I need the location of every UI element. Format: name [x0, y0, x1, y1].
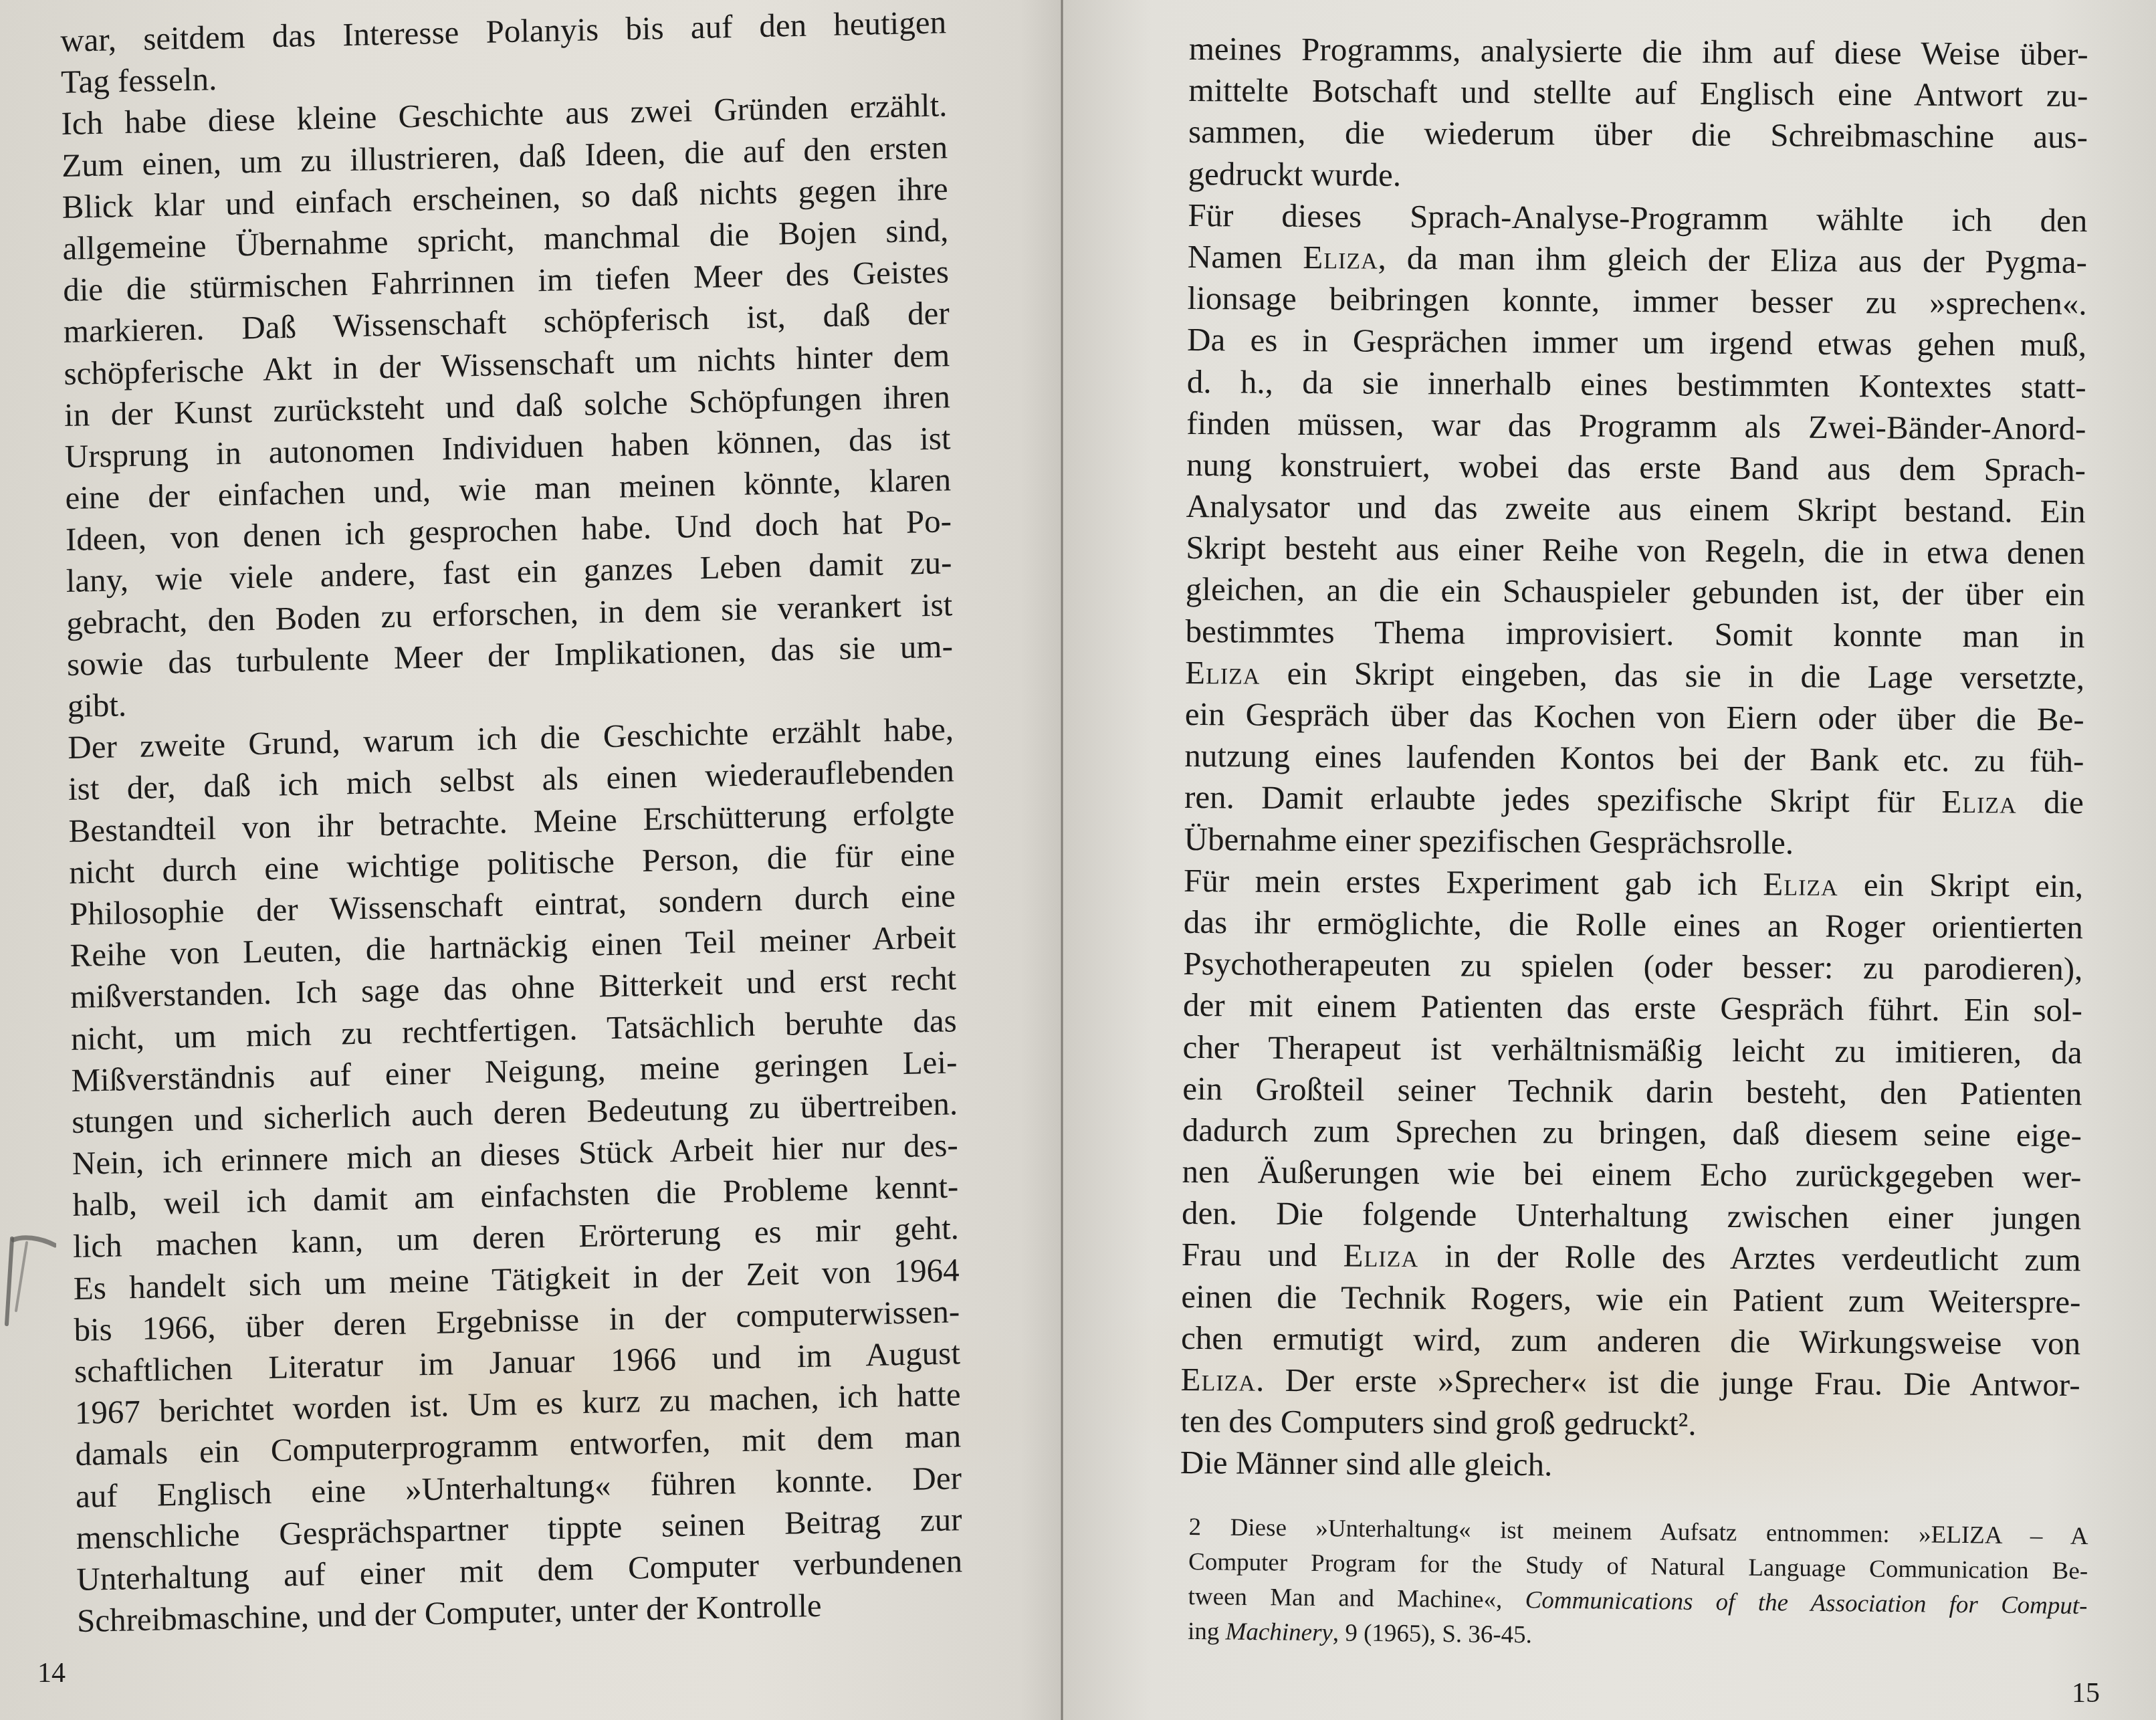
- text-line: finden müssen, war das Programm als Zwei…: [1186, 403, 2086, 449]
- text-line: ren. Damit erlaubte jedes spezifische Sk…: [1184, 776, 2084, 823]
- text-line: nen Äußerungen wie bei einem Echo zurück…: [1182, 1151, 2081, 1198]
- text-line: ein Gespräch über das Kochen von Eiern o…: [1185, 693, 2084, 740]
- text-line: Frau und Eliza in der Rolle des Arztes v…: [1182, 1234, 2081, 1281]
- text-line: mittelte Botschaft und stellte auf Engli…: [1188, 70, 2088, 116]
- text-line: chen ermutigt wird, zum anderen die Wirk…: [1181, 1317, 2080, 1364]
- text-line: dadurch zum Sprechen zu bringen, daß die…: [1182, 1109, 2082, 1156]
- text-line: das ihr ermöglichte, die Rolle eines an …: [1184, 901, 2083, 948]
- text-line: ein Großteil seiner Technik darin besteh…: [1182, 1068, 2082, 1115]
- text-line: Für dieses Sprach-Analyse-Programm wählt…: [1188, 195, 2087, 241]
- text-line: Übernahme einer spezifischen Gesprächsro…: [1184, 819, 2083, 865]
- text-line: gedruckt wurde.: [1188, 153, 2087, 200]
- pencil-margin-mark-icon: [3, 1230, 56, 1331]
- eliza-smallcaps: Eliza: [1343, 1237, 1419, 1275]
- page-number-left: 14: [37, 1657, 66, 1689]
- text-line: cher Therapeut ist verhältnismäßig leich…: [1183, 1026, 2082, 1073]
- page-number-right: 15: [2072, 1677, 2100, 1709]
- text-line: bestimmtes Thema improvisiert. Somit kon…: [1185, 611, 2084, 657]
- text-line: nutzung eines laufenden Kontos bei der B…: [1184, 735, 2084, 782]
- eliza-smallcaps: Eliza: [1180, 1361, 1256, 1398]
- eliza-smallcaps: Eliza: [1303, 239, 1378, 276]
- footnote: 2 Diese »Unterhaltung« ist meinem Aufsat…: [1188, 1510, 2088, 1658]
- text-line: den. Die folgende Unterhaltung zwischen …: [1182, 1192, 2081, 1239]
- text-line: Analysator und das zweite aus einem Skri…: [1186, 486, 2085, 532]
- text-line: meines Programms, analysierte die ihm au…: [1189, 28, 2088, 75]
- book-gutter: [1061, 0, 1063, 1720]
- eliza-smallcaps: Eliza: [1941, 783, 2017, 821]
- text-line: Die Männer sind alle gleich.: [1180, 1442, 2080, 1489]
- text-line: nung konstruiert, wobei das erste Band a…: [1186, 444, 2086, 491]
- text-line: Eliza ein Skript eingeben, das sie in di…: [1185, 652, 2084, 699]
- text-line: lionsage beibringen konnte, immer besser…: [1187, 278, 2086, 324]
- text-line: Namen Eliza, da man ihm gleich der Eliza…: [1188, 236, 2087, 283]
- right-page-body: meines Programms, analysierte die ihm au…: [1180, 28, 2088, 1489]
- left-page-body: war, seitdem das Interesse Polanyis bis …: [60, 1, 963, 1642]
- text-line: Skript besteht aus einer Reihe von Regel…: [1186, 527, 2085, 574]
- text-line: der mit einem Patienten das erste Gesprä…: [1183, 984, 2082, 1031]
- text-line: ten des Computers sind groß gedruckt².: [1180, 1400, 2080, 1447]
- text-line: Eliza. Der erste »Sprecher« ist die jung…: [1180, 1359, 2080, 1406]
- text-line: sammen, die wiederum über die Schreibmas…: [1188, 111, 2088, 158]
- eliza-smallcaps: Eliza: [1763, 865, 1838, 903]
- text-line: Da es in Gesprächen immer um irgend etwa…: [1187, 319, 2086, 366]
- text-line: gleichen, an die ein Schauspieler gebund…: [1186, 568, 2085, 615]
- text-line: einen die Technik Rogers, wie ein Patien…: [1181, 1276, 2080, 1323]
- text-line: d. h., da sie innerhalb eines bestimmten…: [1187, 360, 2086, 407]
- text-line: Für mein erstes Experiment gab ich Eliza…: [1184, 860, 2083, 907]
- text-line: Psychotherapeuten zu spielen (oder besse…: [1183, 943, 2082, 990]
- eliza-smallcaps: Eliza: [1185, 654, 1261, 691]
